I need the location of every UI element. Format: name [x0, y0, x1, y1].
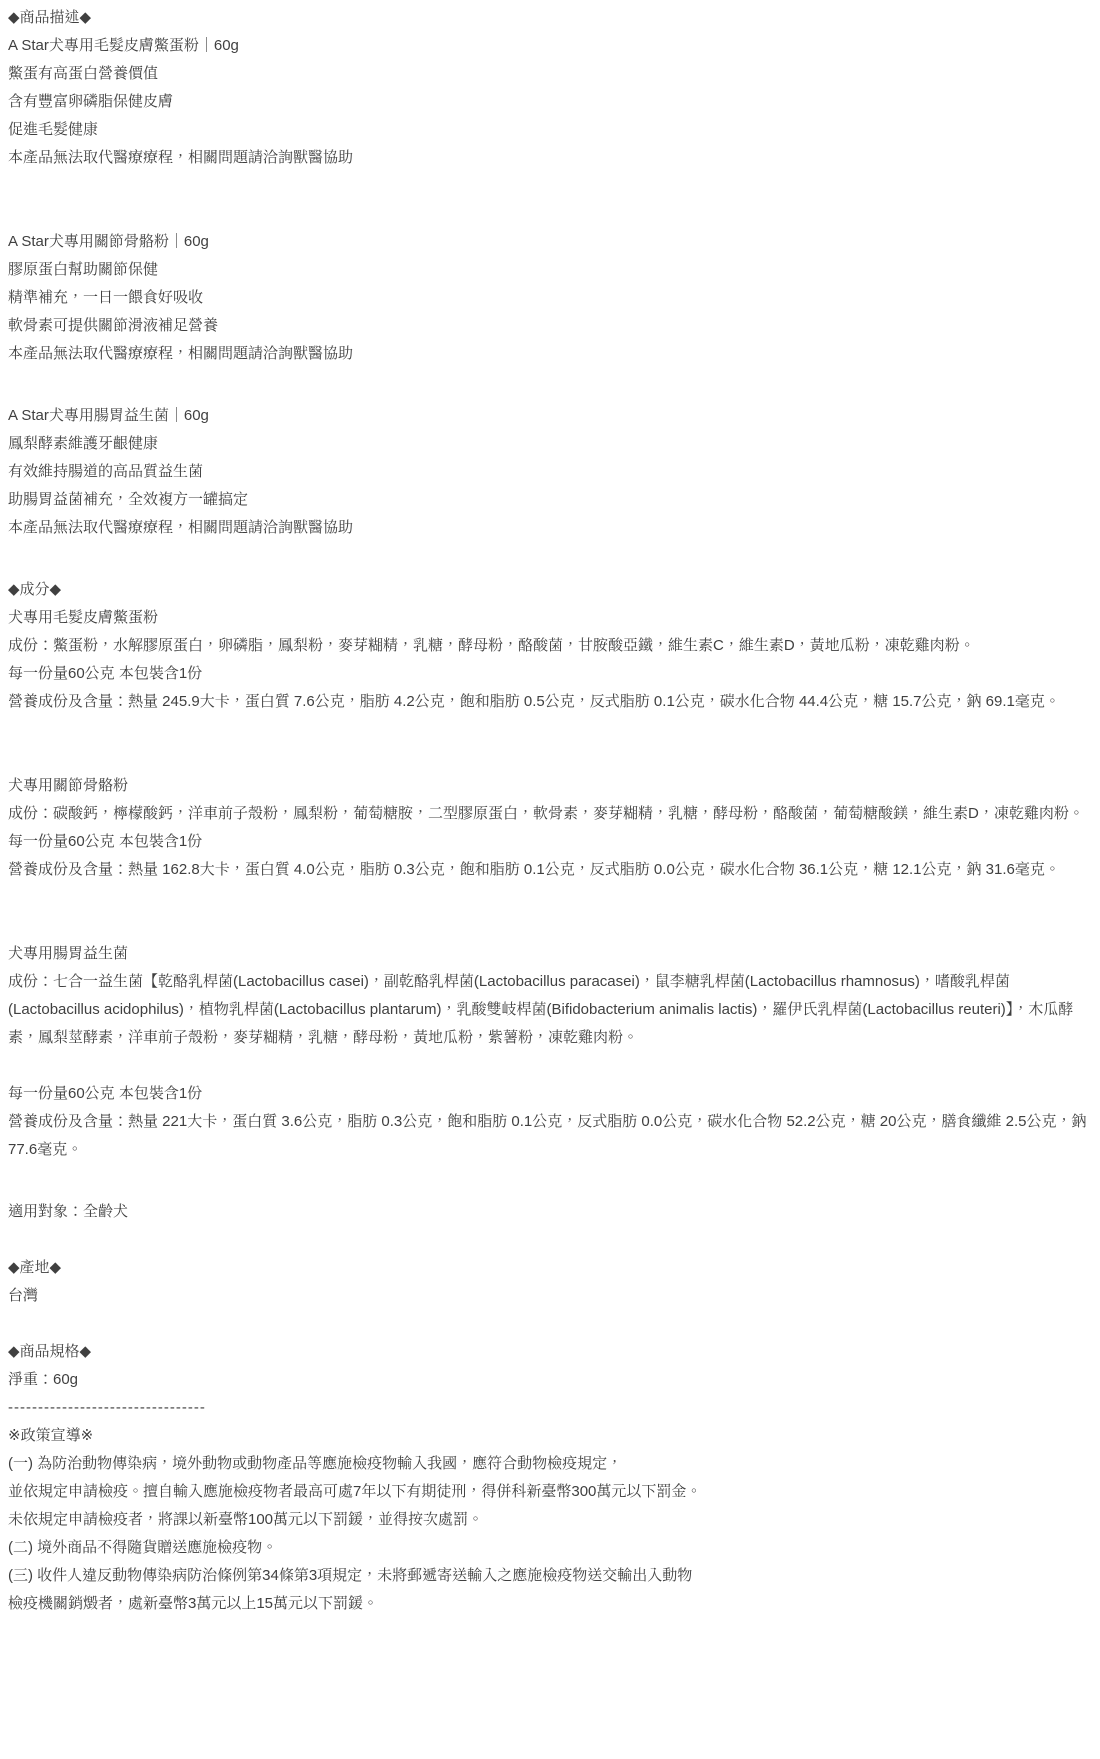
product-feature-line: 含有豐富卵磷脂保健皮膚: [8, 88, 1090, 116]
ingredient-name: 犬專用腸胃益生菌: [8, 940, 1090, 968]
divider-line: ---------------------------------: [8, 1394, 1090, 1422]
product-block: A Star犬專用關節骨骼粉｜60g 膠原蛋白幫助關節保健 精準補充，一日一餵食…: [8, 228, 1090, 368]
section-header-description: ◆商品描述◆: [8, 4, 1090, 32]
product-feature-line: 鱉蛋有高蛋白營養價值: [8, 60, 1090, 88]
product-feature-line: 精準補充，一日一餵食好吸收: [8, 284, 1090, 312]
ingredient-composition: 成份：七合一益生菌【乾酪乳桿菌(Lactobacillus casei)，副乾酪…: [8, 968, 1090, 1052]
product-feature-line: 有效維持腸道的高品質益生菌: [8, 458, 1090, 486]
section-header-origin: ◆產地◆: [8, 1254, 1090, 1282]
ingredient-composition: 成份：碳酸鈣，檸檬酸鈣，洋車前子殼粉，鳳梨粉，葡萄糖胺，二型膠原蛋白，軟骨素，麥…: [8, 800, 1090, 828]
spec-section: ◆商品規格◆ 淨重：60g: [8, 1338, 1090, 1394]
net-weight-line: 淨重：60g: [8, 1366, 1090, 1394]
ingredient-name: 犬專用關節骨骼粉: [8, 772, 1090, 800]
ingredient-name: 犬專用毛髮皮膚鱉蛋粉: [8, 604, 1090, 632]
section-header-spec: ◆商品規格◆: [8, 1338, 1090, 1366]
ingredient-nutrition: 營養成份及含量：熱量 162.8大卡，蛋白質 4.0公克，脂肪 0.3公克，飽和…: [8, 856, 1090, 884]
product-feature-line: 軟骨素可提供關節滑液補足營養: [8, 312, 1090, 340]
policy-line: (二) 境外商品不得隨貨贈送應施檢疫物。: [8, 1534, 1090, 1562]
ingredient-composition: 成份：鱉蛋粉，水解膠原蛋白，卵磷脂，鳳梨粉，麥芽糊精，乳糖，酵母粉，酪酸菌，甘胺…: [8, 632, 1090, 660]
product-disclaimer-line: 本產品無法取代醫療療程，相關問題請洽詢獸醫協助: [8, 340, 1090, 368]
ingredient-serving: 每一份量60公克 本包裝含1份: [8, 660, 1090, 688]
ingredient-serving: 每一份量60公克 本包裝含1份: [8, 1080, 1090, 1108]
product-feature-line: 促進毛髮健康: [8, 116, 1090, 144]
product-feature-line: 膠原蛋白幫助關節保健: [8, 256, 1090, 284]
description-section: ◆商品描述◆ A Star犬專用毛髮皮膚鱉蛋粉｜60g 鱉蛋有高蛋白營養價值 含…: [8, 4, 1090, 542]
product-feature-line: 助腸胃益菌補充，全效複方一罐搞定: [8, 486, 1090, 514]
section-header-ingredients: ◆成分◆: [8, 576, 1090, 604]
origin-section: ◆產地◆ 台灣: [8, 1254, 1090, 1310]
policy-line: (一) 為防治動物傳染病，境外動物或動物產品等應施檢疫物輸入我國，應符合動物檢疫…: [8, 1450, 1090, 1478]
policy-line: 並依規定申請檢疫。擅自輸入應施檢疫物者最高可處7年以下有期徒刑，得併科新臺幣30…: [8, 1478, 1090, 1506]
product-title: A Star犬專用腸胃益生菌｜60g: [8, 402, 1090, 430]
product-block: A Star犬專用腸胃益生菌｜60g 鳳梨酵素維護牙齦健康 有效維持腸道的高品質…: [8, 402, 1090, 542]
ingredient-block: 犬專用毛髮皮膚鱉蛋粉 成份：鱉蛋粉，水解膠原蛋白，卵磷脂，鳳梨粉，麥芽糊精，乳糖…: [8, 604, 1090, 716]
origin-value: 台灣: [8, 1282, 1090, 1310]
policy-line: 檢疫機關銷燬者，處新臺幣3萬元以上15萬元以下罰鍰。: [8, 1590, 1090, 1618]
product-feature-line: 鳳梨酵素維護牙齦健康: [8, 430, 1090, 458]
ingredient-nutrition: 營養成份及含量：熱量 221大卡，蛋白質 3.6公克，脂肪 0.3公克，飽和脂肪…: [8, 1108, 1090, 1164]
ingredient-nutrition: 營養成份及含量：熱量 245.9大卡，蛋白質 7.6公克，脂肪 4.2公克，飽和…: [8, 688, 1090, 716]
policy-section: ※政策宣導※ (一) 為防治動物傳染病，境外動物或動物產品等應施檢疫物輸入我國，…: [8, 1422, 1090, 1618]
policy-header: ※政策宣導※: [8, 1422, 1090, 1450]
product-disclaimer-line: 本產品無法取代醫療療程，相關問題請洽詢獸醫協助: [8, 144, 1090, 172]
ingredient-serving: 每一份量60公克 本包裝含1份: [8, 828, 1090, 856]
policy-line: (三) 收件人違反動物傳染病防治條例第34條第3項規定，未將郵遞寄送輸入之應施檢…: [8, 1562, 1090, 1590]
ingredient-block: 犬專用腸胃益生菌 成份：七合一益生菌【乾酪乳桿菌(Lactobacillus c…: [8, 940, 1090, 1164]
product-title: A Star犬專用關節骨骼粉｜60g: [8, 228, 1090, 256]
ingredient-block: 犬專用關節骨骼粉 成份：碳酸鈣，檸檬酸鈣，洋車前子殼粉，鳳梨粉，葡萄糖胺，二型膠…: [8, 772, 1090, 884]
policy-line: 未依規定申請檢疫者，將課以新臺幣100萬元以下罰鍰，並得按次處罰。: [8, 1506, 1090, 1534]
product-block: A Star犬專用毛髮皮膚鱉蛋粉｜60g 鱉蛋有高蛋白營養價值 含有豐富卵磷脂保…: [8, 32, 1090, 172]
product-title: A Star犬專用毛髮皮膚鱉蛋粉｜60g: [8, 32, 1090, 60]
product-disclaimer-line: 本產品無法取代醫療療程，相關問題請洽詢獸醫協助: [8, 514, 1090, 542]
ingredients-section: ◆成分◆ 犬專用毛髮皮膚鱉蛋粉 成份：鱉蛋粉，水解膠原蛋白，卵磷脂，鳳梨粉，麥芽…: [8, 576, 1090, 1164]
target-audience-line: 適用對象：全齡犬: [8, 1198, 1090, 1226]
